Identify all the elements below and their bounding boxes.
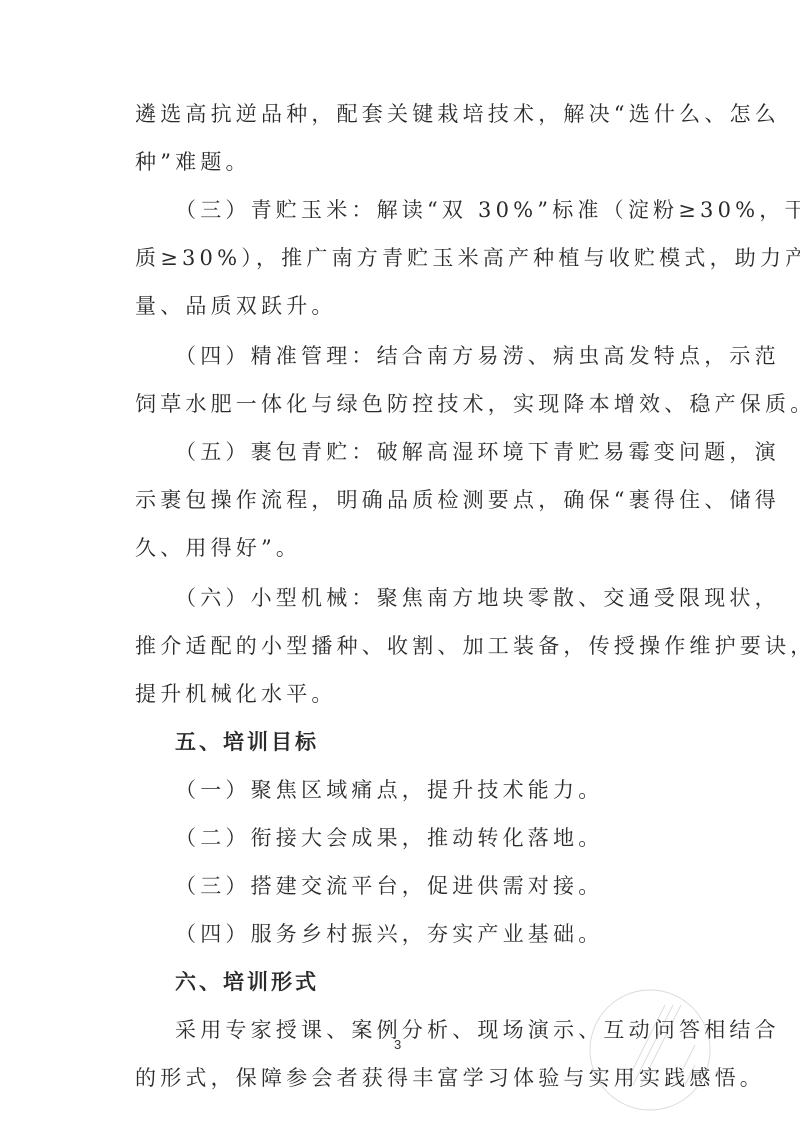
body-text-line: （三）搭建交流平台，促进供需对接。	[175, 872, 603, 900]
body-text-line: 遴选高抗逆品种，配套关键栽培技术，解决“选什么、怎么	[135, 100, 780, 128]
body-text-line: （四）精准管理：结合南方易涝、病虫高发特点，示范	[175, 342, 780, 370]
body-text-line: 推介适配的小型播种、收割、加工装备，传授操作维护要诀，	[135, 632, 800, 660]
body-text-line: （三）青贮玉米：解读“双 30%”标准（淀粉≥30%，干物	[175, 196, 800, 224]
body-text-line: 量、品质双跃升。	[135, 292, 337, 320]
page-number: 3	[394, 1037, 401, 1052]
body-text-line: 久、用得好”。	[135, 534, 301, 562]
body-text-line: 质≥30%），推广南方青贮玉米高产种植与收贮模式，助力产	[135, 244, 800, 272]
body-text-line: 种”难题。	[135, 148, 251, 176]
body-text-line: （六）小型机械：聚焦南方地块零散、交通受限现状，	[175, 584, 780, 612]
body-text-line: （四）服务乡村振兴，夯实产业基础。	[175, 920, 603, 948]
body-text-line: （二）衔接大会成果，推动转化落地。	[175, 824, 603, 852]
section-heading: 六、培训形式	[175, 968, 319, 996]
document-page: 遴选高抗逆品种，配套关键栽培技术，解决“选什么、怎么种”难题。（三）青贮玉米：解…	[0, 0, 800, 1131]
body-text-line: （五）裹包青贮：破解高湿环境下青贮易霉变问题，演	[175, 438, 780, 466]
logo-watermark-icon	[585, 985, 715, 1115]
section-heading: 五、培训目标	[175, 728, 319, 756]
body-text-line: 示裹包操作流程，明确品质检测要点，确保“裹得住、储得	[135, 486, 780, 514]
body-text-line: （一）聚焦区域痛点，提升技术能力。	[175, 776, 603, 804]
body-text-line: 提升机械化水平。	[135, 680, 337, 708]
body-text-line: 饲草水肥一体化与绿色防控技术，实现降本增效、稳产保质。	[135, 390, 800, 418]
